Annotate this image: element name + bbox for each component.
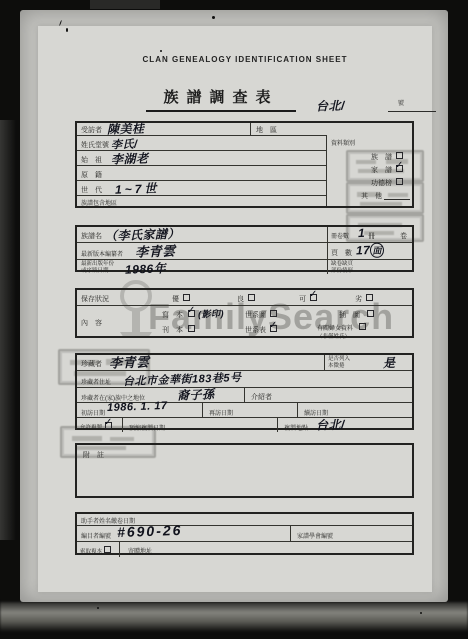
printed-checkbox <box>188 325 195 332</box>
preservation-label: 保存狀況 <box>81 294 109 304</box>
clan-genealogy-checkbox <box>396 152 403 159</box>
illustrations-checkbox <box>367 310 374 317</box>
good-checkbox <box>248 294 255 301</box>
editor-label: 最新版本編纂者 <box>81 249 123 258</box>
option-excellent-label: 優 <box>172 294 179 304</box>
page-number-char: 號 <box>398 98 404 107</box>
field-mailing-address: 寄贈地址 <box>119 542 412 557</box>
section-basic-info: 受訪者 陳美桂 地 區 姓氏堂號 李氏/ 始 祖 李湖老 原 籍 世 代 1~7… <box>75 121 414 208</box>
field-followup-visit: 續訪日期 <box>297 403 412 417</box>
introducer-label: 介紹者 <box>251 392 272 402</box>
page-number-line <box>388 111 436 112</box>
volumes-unit-ce: 冊 <box>368 231 375 241</box>
listed-label-line1: 是否列入 <box>328 356 350 362</box>
field-second-visit: 再訪日期 <box>202 403 297 417</box>
field-introducer: 介紹者 <box>244 388 412 402</box>
field-interviewer: 受訪者 陳美桂 <box>77 123 250 135</box>
section-notes: 附 註 <box>75 443 414 498</box>
editor-value: 李青雲 <box>135 240 176 260</box>
women-data-checkbox <box>359 323 366 330</box>
scan-speck <box>160 50 162 52</box>
missing-label-line1: 缺卷缺頁 <box>331 261 353 267</box>
copy-request-label: 索取複本 <box>80 547 102 555</box>
field-preservation: 保存狀況 優 良 可 ✓ 劣 <box>77 290 412 305</box>
women-data-label: 有關婦女資料 <box>317 323 353 332</box>
field-genealogy-title-row: 族譜名 （李氏家譜） 冊卷數 1 冊 卷 <box>77 227 412 242</box>
pubdate-label-line2: 或序跋日期 <box>81 268 109 274</box>
pages-value: 17面 <box>356 243 384 259</box>
manuscript-checkbox: ✓ <box>188 310 195 317</box>
pages-number: 17 <box>356 243 371 257</box>
section-condition-content: 保存狀況 優 良 可 ✓ 劣 內 容 寫 本 ✓ (影印) 世系圖 插 圖 刊 … <box>75 288 414 338</box>
lineage-chart-label: 世系圖 <box>245 310 266 320</box>
manuscript-label: 寫 本 <box>162 310 183 320</box>
field-origin: 原 籍 <box>77 165 326 180</box>
field-pubdate-row: 最新出版年份 或序跋日期 1986年 缺卷缺頁 部份情形 <box>77 259 412 274</box>
cataloger-value: #690-26 <box>117 522 183 540</box>
field-listed-in-microfilm: 是否列入 本微捲 是 <box>324 355 412 370</box>
cataloger-label: 編目者編號 <box>81 531 111 540</box>
field-holder: 珍藏者 李青雲 <box>77 355 324 370</box>
field-editor-row: 最新版本編纂者 李青雲 頁 數 17面 <box>77 242 412 259</box>
field-holder-row: 珍藏者 李青雲 是否列入 本微捲 是 <box>77 355 412 370</box>
printed-label: 刊 本 <box>162 325 183 335</box>
field-interviewer-row: 受訪者 陳美桂 地 區 <box>77 123 412 135</box>
family-genealogy-checkbox: ✓ <box>396 165 403 172</box>
scan-edge-smudge <box>90 0 160 9</box>
field-first-visit: 初訪日期 1986. 1. 17 <box>77 403 202 417</box>
volumes-unit-juan: 卷 <box>400 231 407 241</box>
field-pages: 頁 數 17面 <box>327 243 412 259</box>
first-visit-value: 1986. 1. 17 <box>107 400 168 414</box>
field-copy-place: 複製地點 台北/ <box>277 418 412 432</box>
missing-label-line2: 部份情形 <box>331 268 353 274</box>
field-cataloger-row: 編目者編號 #690-26 家譜學會編號 <box>77 525 412 541</box>
copy-schedule-label: 預縮複製日期 <box>129 423 165 432</box>
mailing-label: 寄贈地址 <box>128 546 152 555</box>
field-editor: 最新版本編纂者 李青雲 <box>77 243 327 259</box>
field-copy-request: 索取複本 <box>77 542 119 557</box>
section-admin: 助手者姓名繳卷日期 編目者編號 #690-26 家譜學會編號 索取複本 寄贈地址 <box>75 512 414 555</box>
field-society-number: 家譜學會編號 <box>290 526 412 541</box>
ancestor-label: 始 祖 <box>81 155 102 165</box>
illustrations-label: 插 圖 <box>339 310 360 320</box>
field-missing-parts: 缺卷缺頁 部份情形 <box>327 260 412 274</box>
option-fair-label: 可 <box>299 294 306 304</box>
society-label: 家譜學會編號 <box>297 531 333 540</box>
position-value: 裔子孫 <box>177 385 215 403</box>
scan-edge-smudge <box>0 120 16 540</box>
listed-value: 是 <box>383 354 396 371</box>
field-copy-row: 允許複製 ✓ 預縮複製日期 複製地點 台北/ <box>77 417 412 432</box>
field-volumes: 冊卷數 1 冊 卷 <box>327 227 412 242</box>
field-cataloger-number: 編目者編號 #690-26 <box>77 526 290 541</box>
lineage-chart-checkbox <box>270 310 277 317</box>
title-annotation-handwriting: 台北/ <box>316 97 345 115</box>
field-visit-dates-row: 初訪日期 1986. 1. 17 再訪日期 續訪日期 <box>77 402 412 417</box>
pubdate-value: 1986年 <box>125 259 167 277</box>
women-data-note: （非僅姓氏） <box>317 332 350 340</box>
field-pubdate: 最新出版年份 或序跋日期 1986年 <box>77 260 327 274</box>
option-merit-board-label: 功德榜 <box>371 178 392 188</box>
holder-value: 李青雲 <box>109 351 150 371</box>
excellent-checkbox <box>183 294 190 301</box>
origin-label: 原 籍 <box>81 170 102 180</box>
page-title: 族譜調查表 <box>146 86 296 112</box>
option-family-genealogy-label: 家 譜 <box>371 165 392 175</box>
option-poor-label: 劣 <box>355 294 362 304</box>
field-content: 內 容 寫 本 ✓ (影印) 世系圖 插 圖 刊 本 世系表 ✓ 有關婦女資料 … <box>77 305 412 340</box>
pages-label: 頁 數 <box>331 248 352 258</box>
field-copy-request-row: 索取複本 寄贈地址 <box>77 541 412 557</box>
pubdate-label-line1: 最新出版年份 <box>81 261 114 267</box>
second-visit-label: 再訪日期 <box>209 408 233 417</box>
merit-board-checkbox <box>396 178 403 185</box>
english-title: CLAN GENEALOGY IDENTIFICATION SHEET <box>75 55 415 64</box>
option-good-label: 良 <box>237 294 244 304</box>
content-label: 內 容 <box>81 318 102 328</box>
scan-bottom-band <box>0 602 468 632</box>
holder-label: 珍藏者 <box>81 359 102 369</box>
copy-permit-label: 允許複製 <box>80 423 102 431</box>
first-visit-label: 初訪日期 <box>81 408 105 417</box>
field-generations: 世 代 1~7世 <box>77 180 326 195</box>
coverage-label: 族譜包含地區 <box>81 198 117 207</box>
field-surname: 姓氏堂號 李氏/ <box>77 135 326 150</box>
field-copy-permit: 允許複製 ✓ <box>77 418 122 432</box>
field-genealogy-title: 族譜名 （李氏家譜） <box>77 227 327 242</box>
field-region: 地 區 <box>250 123 412 135</box>
listed-label-line2: 本微捲 <box>328 363 345 369</box>
data-category-box: 資料類別 族 譜 家 譜 ✓ 功德榜 其 他 <box>326 135 412 206</box>
field-copy-schedule: 預縮複製日期 <box>122 418 277 432</box>
scan-speck <box>212 16 215 19</box>
field-first-ancestor: 始 祖 李湖老 <box>77 150 326 165</box>
copy-place-label: 複製地點 <box>284 423 308 432</box>
other-blank-line <box>384 199 410 200</box>
copy-request-checkbox <box>104 546 111 553</box>
copy-permit-checkbox: ✓ <box>105 422 112 429</box>
field-holder-position-row: 珍藏者在(家)族中之地位 裔子孫 介紹者 <box>77 387 412 402</box>
interviewer-label: 受訪者 <box>81 125 102 135</box>
volumes-value: 1 <box>358 226 366 240</box>
section-holder-visits: 珍藏者 李青雲 是否列入 本微捲 是 珍藏者住址 台北市金華街183巷5号 珍藏… <box>75 353 414 430</box>
scan-speck <box>66 28 68 32</box>
copy-place-value: 台北/ <box>316 416 345 434</box>
region-label: 地 區 <box>256 125 277 135</box>
field-holder-address: 珍藏者住址 台北市金華街183巷5号 <box>77 370 412 387</box>
address-label: 珍藏者住址 <box>81 377 111 386</box>
manuscript-note-handwriting: (影印) <box>198 307 224 321</box>
scan-speck <box>97 607 99 609</box>
notes-label: 附 註 <box>83 450 104 460</box>
scanned-genealogy-sheet: FamilySearch CLAN GENEALOGY IDENTIFICATI… <box>0 0 468 639</box>
data-category-label: 資料類別 <box>331 138 355 147</box>
genealogy-title-label: 族譜名 <box>81 231 102 241</box>
poor-checkbox <box>366 294 373 301</box>
option-clan-genealogy-label: 族 譜 <box>371 152 392 162</box>
fair-checkbox: ✓ <box>310 294 317 301</box>
lineage-table-label: 世系表 <box>245 325 266 335</box>
generations-label: 世 代 <box>81 185 102 195</box>
pages-unit-circled: 面 <box>370 243 384 258</box>
lineage-table-checkbox: ✓ <box>270 325 277 332</box>
surname-label: 姓氏堂號 <box>81 140 109 150</box>
field-coverage-area: 族譜包含地區 <box>77 195 326 206</box>
volumes-label: 冊卷數 <box>331 231 349 240</box>
section-genealogy-details: 族譜名 （李氏家譜） 冊卷數 1 冊 卷 最新版本編纂者 李青雲 頁 數 17面 <box>75 225 414 272</box>
scan-speck <box>420 612 422 614</box>
option-other-label: 其 他 <box>361 191 382 201</box>
